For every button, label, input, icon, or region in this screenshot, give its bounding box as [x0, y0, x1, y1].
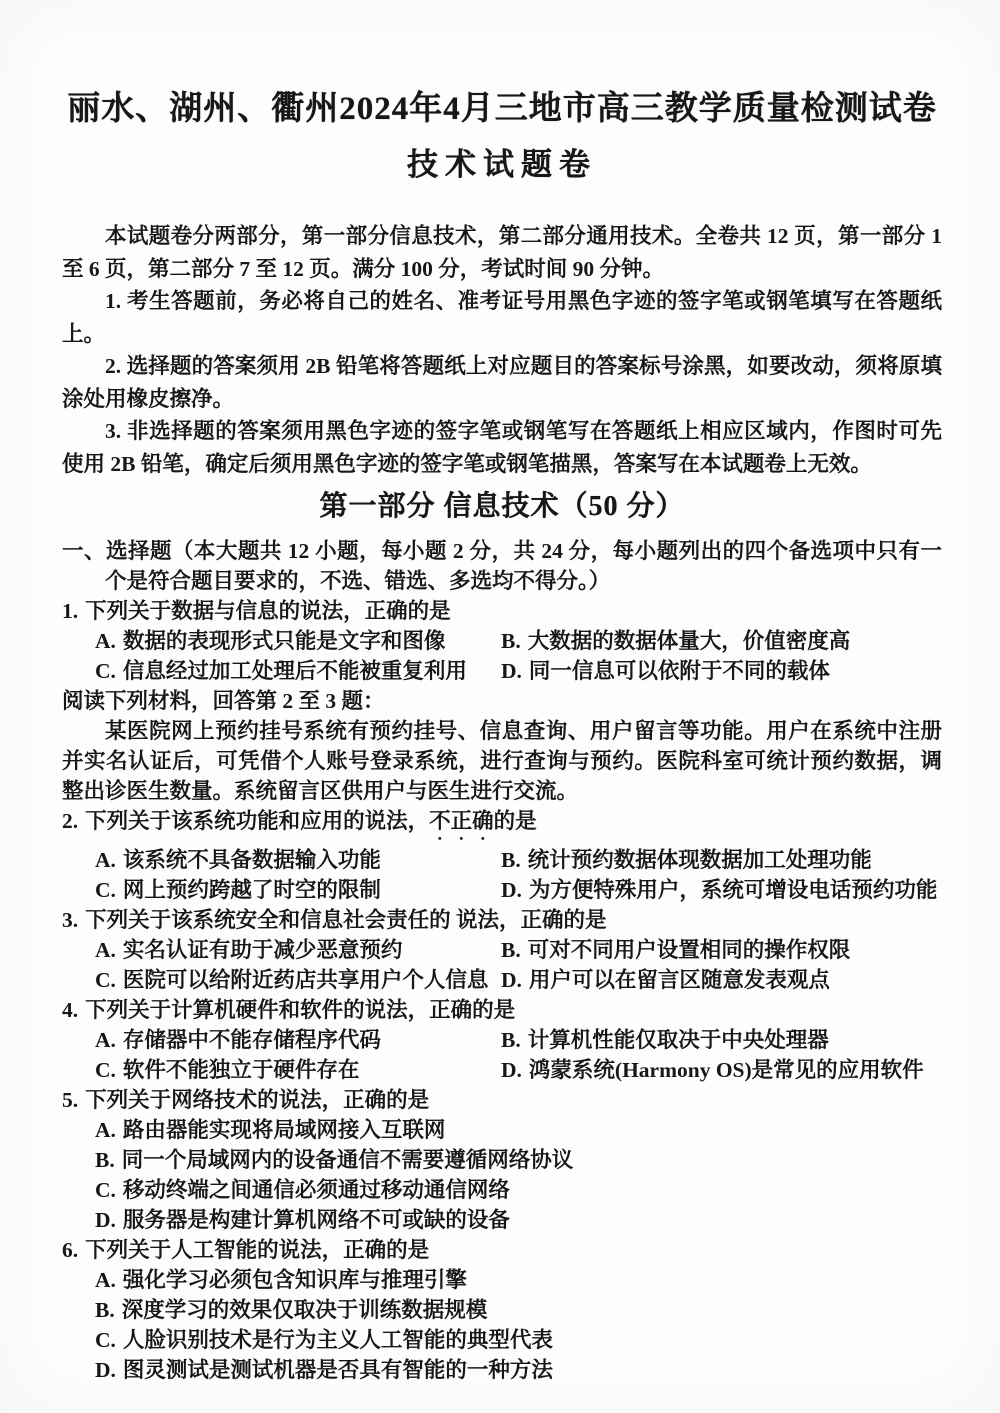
reading-material-text: 某医院网上预约挂号系统有预约挂号、信息查询、用户留言等功能。用户在系统中注册并实…	[62, 716, 942, 806]
option-text: 服务器是构建计算机网络不可或缺的设备	[123, 1208, 510, 1232]
option-text: 该系统不具备数据输入功能	[123, 848, 381, 872]
exam-instructions: 本试题卷分两部分，第一部分信息技术，第二部分通用技术。全卷共 12 页，第一部分…	[62, 220, 942, 480]
option-label: B.	[501, 1028, 521, 1052]
option-text: 深度学习的效果仅取决于训练数据规模	[122, 1298, 488, 1322]
option-text: 计算机性能仅取决于中央处理器	[528, 1028, 829, 1052]
option-d: D.同一信息可以依附于不同的载体	[501, 656, 942, 686]
option-text: 强化学习必须包含知识库与推理引擎	[123, 1268, 467, 1292]
question-1: 1.下列关于数据与信息的说法，正确的是 A.数据的表现形式只能是文字和图像 B.…	[62, 596, 942, 686]
option-text: 移动终端之间通信必须通过移动通信网络	[123, 1178, 510, 1202]
option-text: 图灵测试是测试机器是否具有智能的一种方法	[123, 1358, 553, 1382]
option-label: B.	[501, 629, 521, 653]
question-number: 3.	[62, 908, 78, 932]
option-b: B.计算机性能仅取决于中央处理器	[501, 1025, 942, 1055]
question-area: 一、选择题（本大题共 12 小题，每小题 2 分，共 24 分，每小题列出的四个…	[62, 536, 942, 1385]
option-text: 同一个局域网内的设备通信不需要遵循网络协议	[122, 1148, 574, 1172]
option-d: D.图灵测试是测试机器是否具有智能的一种方法	[62, 1355, 942, 1385]
page-content: 丽水、湖州、衢州2024年4月三地市高三教学质量检测试卷 技术试题卷 本试题卷分…	[0, 0, 1000, 1385]
option-b: B.深度学习的效果仅取决于训练数据规模	[62, 1295, 942, 1325]
option-label: A.	[95, 938, 116, 962]
option-label: D.	[501, 878, 522, 902]
question-stem: 2.下列关于该系统功能和应用的说法，不正确的是	[62, 806, 942, 845]
option-text: 用户可以在留言区随意发表观点	[529, 968, 830, 992]
option-c: C.信息经过加工处理后不能被重复利用	[95, 656, 501, 686]
question-stem-text: 下列关于网络技术的说法，正确的是	[85, 1088, 429, 1112]
question-2: 2.下列关于该系统功能和应用的说法，不正确的是 A.该系统不具备数据输入功能 B…	[62, 806, 942, 905]
question-stem-text: 下列关于该系统安全和信息社会责任的 说法，正确的是	[85, 908, 606, 932]
question-stem-text: 下列关于该系统功能和应用的说法，	[85, 809, 429, 833]
question-stem-text: 下列关于数据与信息的说法，正确的是	[85, 599, 451, 623]
option-text: 医院可以给附近药店共享用户个人信息	[123, 968, 489, 992]
option-c: C.人脸识别技术是行为主义人工智能的典型代表	[62, 1325, 942, 1355]
option-a: A.存储器中不能存储程序代码	[95, 1025, 501, 1055]
option-text: 路由器能实现将局域网接入互联网	[123, 1118, 446, 1142]
question-stem-text: 下列关于计算机硬件和软件的说法，正确的是	[85, 998, 515, 1022]
option-label: D.	[501, 659, 522, 683]
intro-paragraph: 1. 考生答题前，务必将自己的姓名、准考证号用黑色字迹的签字笔或钢笔填写在答题纸…	[62, 285, 942, 350]
option-label: D.	[501, 1058, 522, 1082]
option-label: A.	[95, 1028, 116, 1052]
exam-paper-page: 丽水、湖州、衢州2024年4月三地市高三教学质量检测试卷 技术试题卷 本试题卷分…	[0, 0, 1000, 1413]
option-label: A.	[95, 629, 116, 653]
question-4: 4.下列关于计算机硬件和软件的说法，正确的是 A.存储器中不能存储程序代码 B.…	[62, 995, 942, 1085]
intro-paragraph: 本试题卷分两部分，第一部分信息技术，第二部分通用技术。全卷共 12 页，第一部分…	[62, 220, 942, 285]
option-label: B.	[501, 938, 521, 962]
option-b: B.统计预约数据体现数据加工处理功能	[501, 845, 942, 875]
option-text: 存储器中不能存储程序代码	[123, 1028, 381, 1052]
option-label: D.	[95, 1208, 116, 1232]
option-text: 实名认证有助于减少恶意预约	[123, 938, 403, 962]
question-stem: 1.下列关于数据与信息的说法，正确的是	[62, 596, 942, 626]
question-number: 6.	[62, 1238, 78, 1262]
option-label: A.	[95, 1118, 116, 1142]
option-text: 大数据的数据体量大，价值密度高	[528, 629, 851, 653]
exam-subtitle: 技术试题卷	[62, 144, 942, 186]
multiple-choice-instruction: 一、选择题（本大题共 12 小题，每小题 2 分，共 24 分，每小题列出的四个…	[62, 536, 942, 596]
option-a: A.强化学习必须包含知识库与推理引擎	[62, 1265, 942, 1295]
option-label: C.	[95, 1178, 116, 1202]
question-stem: 6.下列关于人工智能的说法，正确的是	[62, 1235, 942, 1265]
option-d: D.鸿蒙系统(Harmony OS)是常见的应用软件	[501, 1055, 942, 1085]
intro-paragraph: 3. 非选择题的答案须用黑色字迹的签字笔或钢笔写在答题纸上相应区域内，作图时可先…	[62, 415, 942, 480]
option-label: C.	[95, 1328, 116, 1352]
option-text: 为方便特殊用户，系统可增设电话预约功能	[529, 878, 938, 902]
question-number: 5.	[62, 1088, 78, 1112]
option-a: A.实名认证有助于减少恶意预约	[95, 935, 501, 965]
option-label: C.	[95, 1058, 116, 1082]
option-text: 可对不同用户设置相同的操作权限	[528, 938, 851, 962]
option-label: C.	[95, 968, 116, 992]
option-a: A.数据的表现形式只能是文字和图像	[95, 626, 501, 656]
option-label: B.	[501, 848, 521, 872]
option-b: B.同一个局域网内的设备通信不需要遵循网络协议	[62, 1145, 942, 1175]
question-stem: 3.下列关于该系统安全和信息社会责任的 说法，正确的是	[62, 905, 942, 935]
question-3: 3.下列关于该系统安全和信息社会责任的 说法，正确的是 A.实名认证有助于减少恶…	[62, 905, 942, 995]
option-d: D.为方便特殊用户，系统可增设电话预约功能	[501, 875, 942, 905]
option-c: C.网上预约跨越了时空的限制	[95, 875, 501, 905]
option-row: A.数据的表现形式只能是文字和图像 B.大数据的数据体量大，价值密度高 C.信息…	[62, 626, 942, 686]
option-label: B.	[95, 1148, 115, 1172]
option-label: D.	[95, 1358, 116, 1382]
option-row: A.存储器中不能存储程序代码 B.计算机性能仅取决于中央处理器 C.软件不能独立…	[62, 1025, 942, 1085]
option-label: D.	[501, 968, 522, 992]
option-row: A.该系统不具备数据输入功能 B.统计预约数据体现数据加工处理功能 C.网上预约…	[62, 845, 942, 905]
question-stem: 4.下列关于计算机硬件和软件的说法，正确的是	[62, 995, 942, 1025]
question-number: 2.	[62, 809, 78, 833]
part1-heading: 第一部分 信息技术（50 分）	[62, 486, 942, 528]
option-text: 信息经过加工处理后不能被重复利用	[123, 659, 467, 683]
option-text: 软件不能独立于硬件存在	[123, 1058, 360, 1082]
reading-material: 某医院网上预约挂号系统有预约挂号、信息查询、用户留言等功能。用户在系统中注册并实…	[62, 716, 942, 806]
option-d: D.用户可以在留言区随意发表观点	[501, 965, 942, 995]
option-b: B.可对不同用户设置相同的操作权限	[501, 935, 942, 965]
question-stem-emphasis: 不正确	[429, 809, 494, 833]
option-c: C.医院可以给附近药店共享用户个人信息	[95, 965, 501, 995]
option-label: C.	[95, 659, 116, 683]
reading-prompt: 阅读下列材料，回答第 2 至 3 题：	[62, 686, 942, 716]
option-label: A.	[95, 848, 116, 872]
option-d: D.服务器是构建计算机网络不可或缺的设备	[62, 1205, 942, 1235]
option-c: C.移动终端之间通信必须通过移动通信网络	[62, 1175, 942, 1205]
option-c: C.软件不能独立于硬件存在	[95, 1055, 501, 1085]
option-label: B.	[95, 1298, 115, 1322]
option-text: 鸿蒙系统(Harmony OS)是常见的应用软件	[529, 1058, 924, 1082]
option-text: 网上预约跨越了时空的限制	[123, 878, 381, 902]
option-a: A.路由器能实现将局域网接入互联网	[62, 1115, 942, 1145]
question-stem-text: 的是	[494, 809, 537, 833]
question-5: 5.下列关于网络技术的说法，正确的是 A.路由器能实现将局域网接入互联网 B.同…	[62, 1085, 942, 1235]
question-6: 6.下列关于人工智能的说法，正确的是 A.强化学习必须包含知识库与推理引擎 B.…	[62, 1235, 942, 1385]
option-label: A.	[95, 1268, 116, 1292]
option-b: B.大数据的数据体量大，价值密度高	[501, 626, 942, 656]
question-stem-text: 下列关于人工智能的说法，正确的是	[85, 1238, 429, 1262]
option-a: A.该系统不具备数据输入功能	[95, 845, 501, 875]
option-text: 统计预约数据体现数据加工处理功能	[528, 848, 872, 872]
question-stem: 5.下列关于网络技术的说法，正确的是	[62, 1085, 942, 1115]
option-text: 数据的表现形式只能是文字和图像	[123, 629, 446, 653]
exam-title: 丽水、湖州、衢州2024年4月三地市高三教学质量检测试卷	[62, 86, 942, 132]
option-row: A.实名认证有助于减少恶意预约 B.可对不同用户设置相同的操作权限 C.医院可以…	[62, 935, 942, 995]
intro-paragraph: 2. 选择题的答案须用 2B 铅笔将答题纸上对应题目的答案标号涂黑，如要改动，须…	[62, 350, 942, 415]
question-number: 4.	[62, 998, 78, 1022]
option-text: 同一信息可以依附于不同的载体	[529, 659, 830, 683]
option-label: C.	[95, 878, 116, 902]
option-text: 人脸识别技术是行为主义人工智能的典型代表	[123, 1328, 553, 1352]
question-number: 1.	[62, 599, 78, 623]
